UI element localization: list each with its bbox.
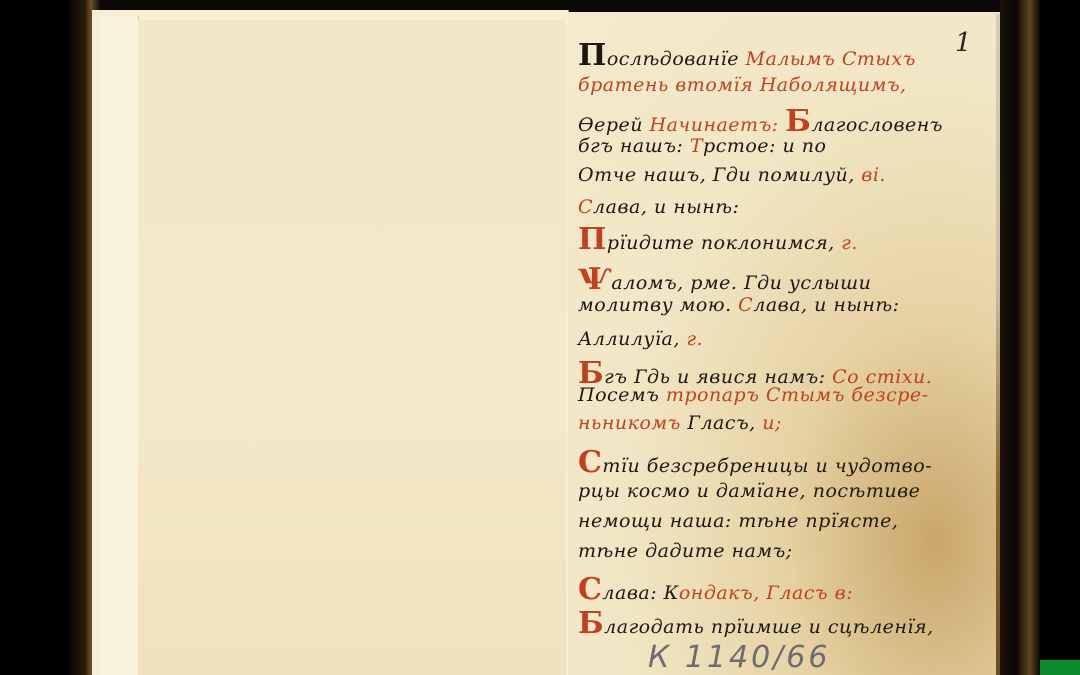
manuscript-line: Стїи безсребреницы и чудотво-	[578, 445, 932, 480]
text-segment: лава, и нынѣ:	[593, 196, 739, 218]
manuscript-line: Посемъ тропаръ Стымъ безсре-	[578, 384, 929, 406]
manuscript-line: Прїидите поклонимся, г.	[578, 222, 858, 257]
text-segment: молитву мою.	[578, 294, 738, 316]
manuscript-line: Ѳерей Начинаетъ: Благословенъ	[578, 104, 943, 139]
text-segment: лава, и нынѣ:	[753, 294, 899, 316]
manuscript-line: Аллилуїа, г.	[578, 328, 703, 350]
left-page-blank-area	[138, 20, 566, 675]
text-segment: лава: К	[602, 582, 678, 604]
initial-letter: П	[578, 38, 607, 73]
text-segment: Гди помилуй,	[713, 164, 862, 186]
manuscript-line: Послѣдованїе Малымъ Стыхъ	[578, 38, 916, 73]
text-segment: Посемъ	[578, 384, 666, 406]
text-segment: Т	[690, 135, 703, 157]
text-segment: тропаръ Стымъ безсре-	[666, 384, 929, 406]
manuscript-line: Слава: Кондакъ, Гласъ в:	[578, 572, 853, 607]
text-segment: Гласъ,	[687, 412, 762, 434]
text-segment: бгъ нашъ:	[578, 135, 690, 157]
text-segment: Малымъ Стыхъ	[746, 48, 916, 70]
text-segment: рїидите поклонимся,	[607, 232, 841, 254]
text-segment: аломъ, рме. Гди услыши	[611, 272, 871, 294]
manuscript-line: Благодать прїимше и сцѣленїя,	[578, 606, 934, 641]
text-segment: ньникомъ	[578, 412, 687, 434]
text-segment: ослѣдованїе	[607, 48, 746, 70]
page-number: 1	[955, 28, 972, 58]
text-segment: ондакъ, Гласъ	[679, 582, 835, 604]
text-segment: лагодать прїимше и сцѣленїя,	[604, 616, 933, 638]
manuscript-line: молитву мою. Слава, и нынѣ:	[578, 294, 900, 316]
text-segment: рстое: и по	[703, 135, 826, 157]
text-segment: тѣне дадите намъ;	[578, 540, 793, 562]
manuscript-line: бгъ нашъ: Трстое: и по	[578, 135, 826, 157]
initial-letter: С	[578, 572, 602, 607]
text-segment: С	[578, 196, 593, 218]
manuscript-line: тѣне дадите намъ;	[578, 540, 793, 562]
left-page-flap	[100, 16, 139, 675]
manuscript-line: Слава, и нынѣ:	[578, 196, 739, 218]
text-segment: г.	[841, 232, 858, 254]
text-segment: тїи безсребреницы и чудотво-	[602, 455, 932, 477]
text-segment: лагословенъ	[811, 114, 943, 136]
initial-letter: П	[578, 222, 607, 257]
text-segment: ві.	[861, 164, 886, 186]
manuscript-line: Отче нашъ, Гди помилуй, ві.	[578, 164, 886, 186]
text-segment: С	[738, 294, 753, 316]
manuscript-line: ньникомъ Гласъ, и;	[578, 412, 782, 434]
text-segment: и;	[762, 412, 782, 434]
text-segment: г.	[686, 328, 703, 350]
initial-letter: Ѱ	[578, 262, 611, 297]
text-segment: Начинаетъ:	[650, 114, 786, 136]
manuscript-line: немощи наша: тѣне прїясте,	[578, 510, 898, 532]
text-segment: братень втомїя Наболящимъ,	[578, 74, 907, 96]
manuscript-line: братень втомїя Наболящимъ,	[578, 74, 907, 96]
color-calibration-tab	[1040, 660, 1080, 675]
initial-letter: Б	[785, 104, 811, 139]
text-segment: в:	[835, 582, 853, 604]
text-segment: Ѳерей	[578, 114, 650, 136]
text-segment: Аллилуїа,	[578, 328, 686, 350]
text-segment: Отче нашъ,	[578, 164, 713, 186]
book-cover-right-edge	[1000, 0, 1040, 675]
shelfmark-annotation: К 1140/66	[648, 640, 830, 675]
text-segment: рцы космо и дамїане, посѣтиве	[578, 480, 920, 502]
manuscript-line: Ѱаломъ, рме. Гди услыши	[578, 262, 871, 297]
initial-letter: Б	[578, 606, 604, 641]
initial-letter: С	[578, 445, 602, 480]
manuscript-line: рцы космо и дамїане, посѣтиве	[578, 480, 920, 502]
text-segment: немощи наша: тѣне прїясте,	[578, 510, 898, 532]
